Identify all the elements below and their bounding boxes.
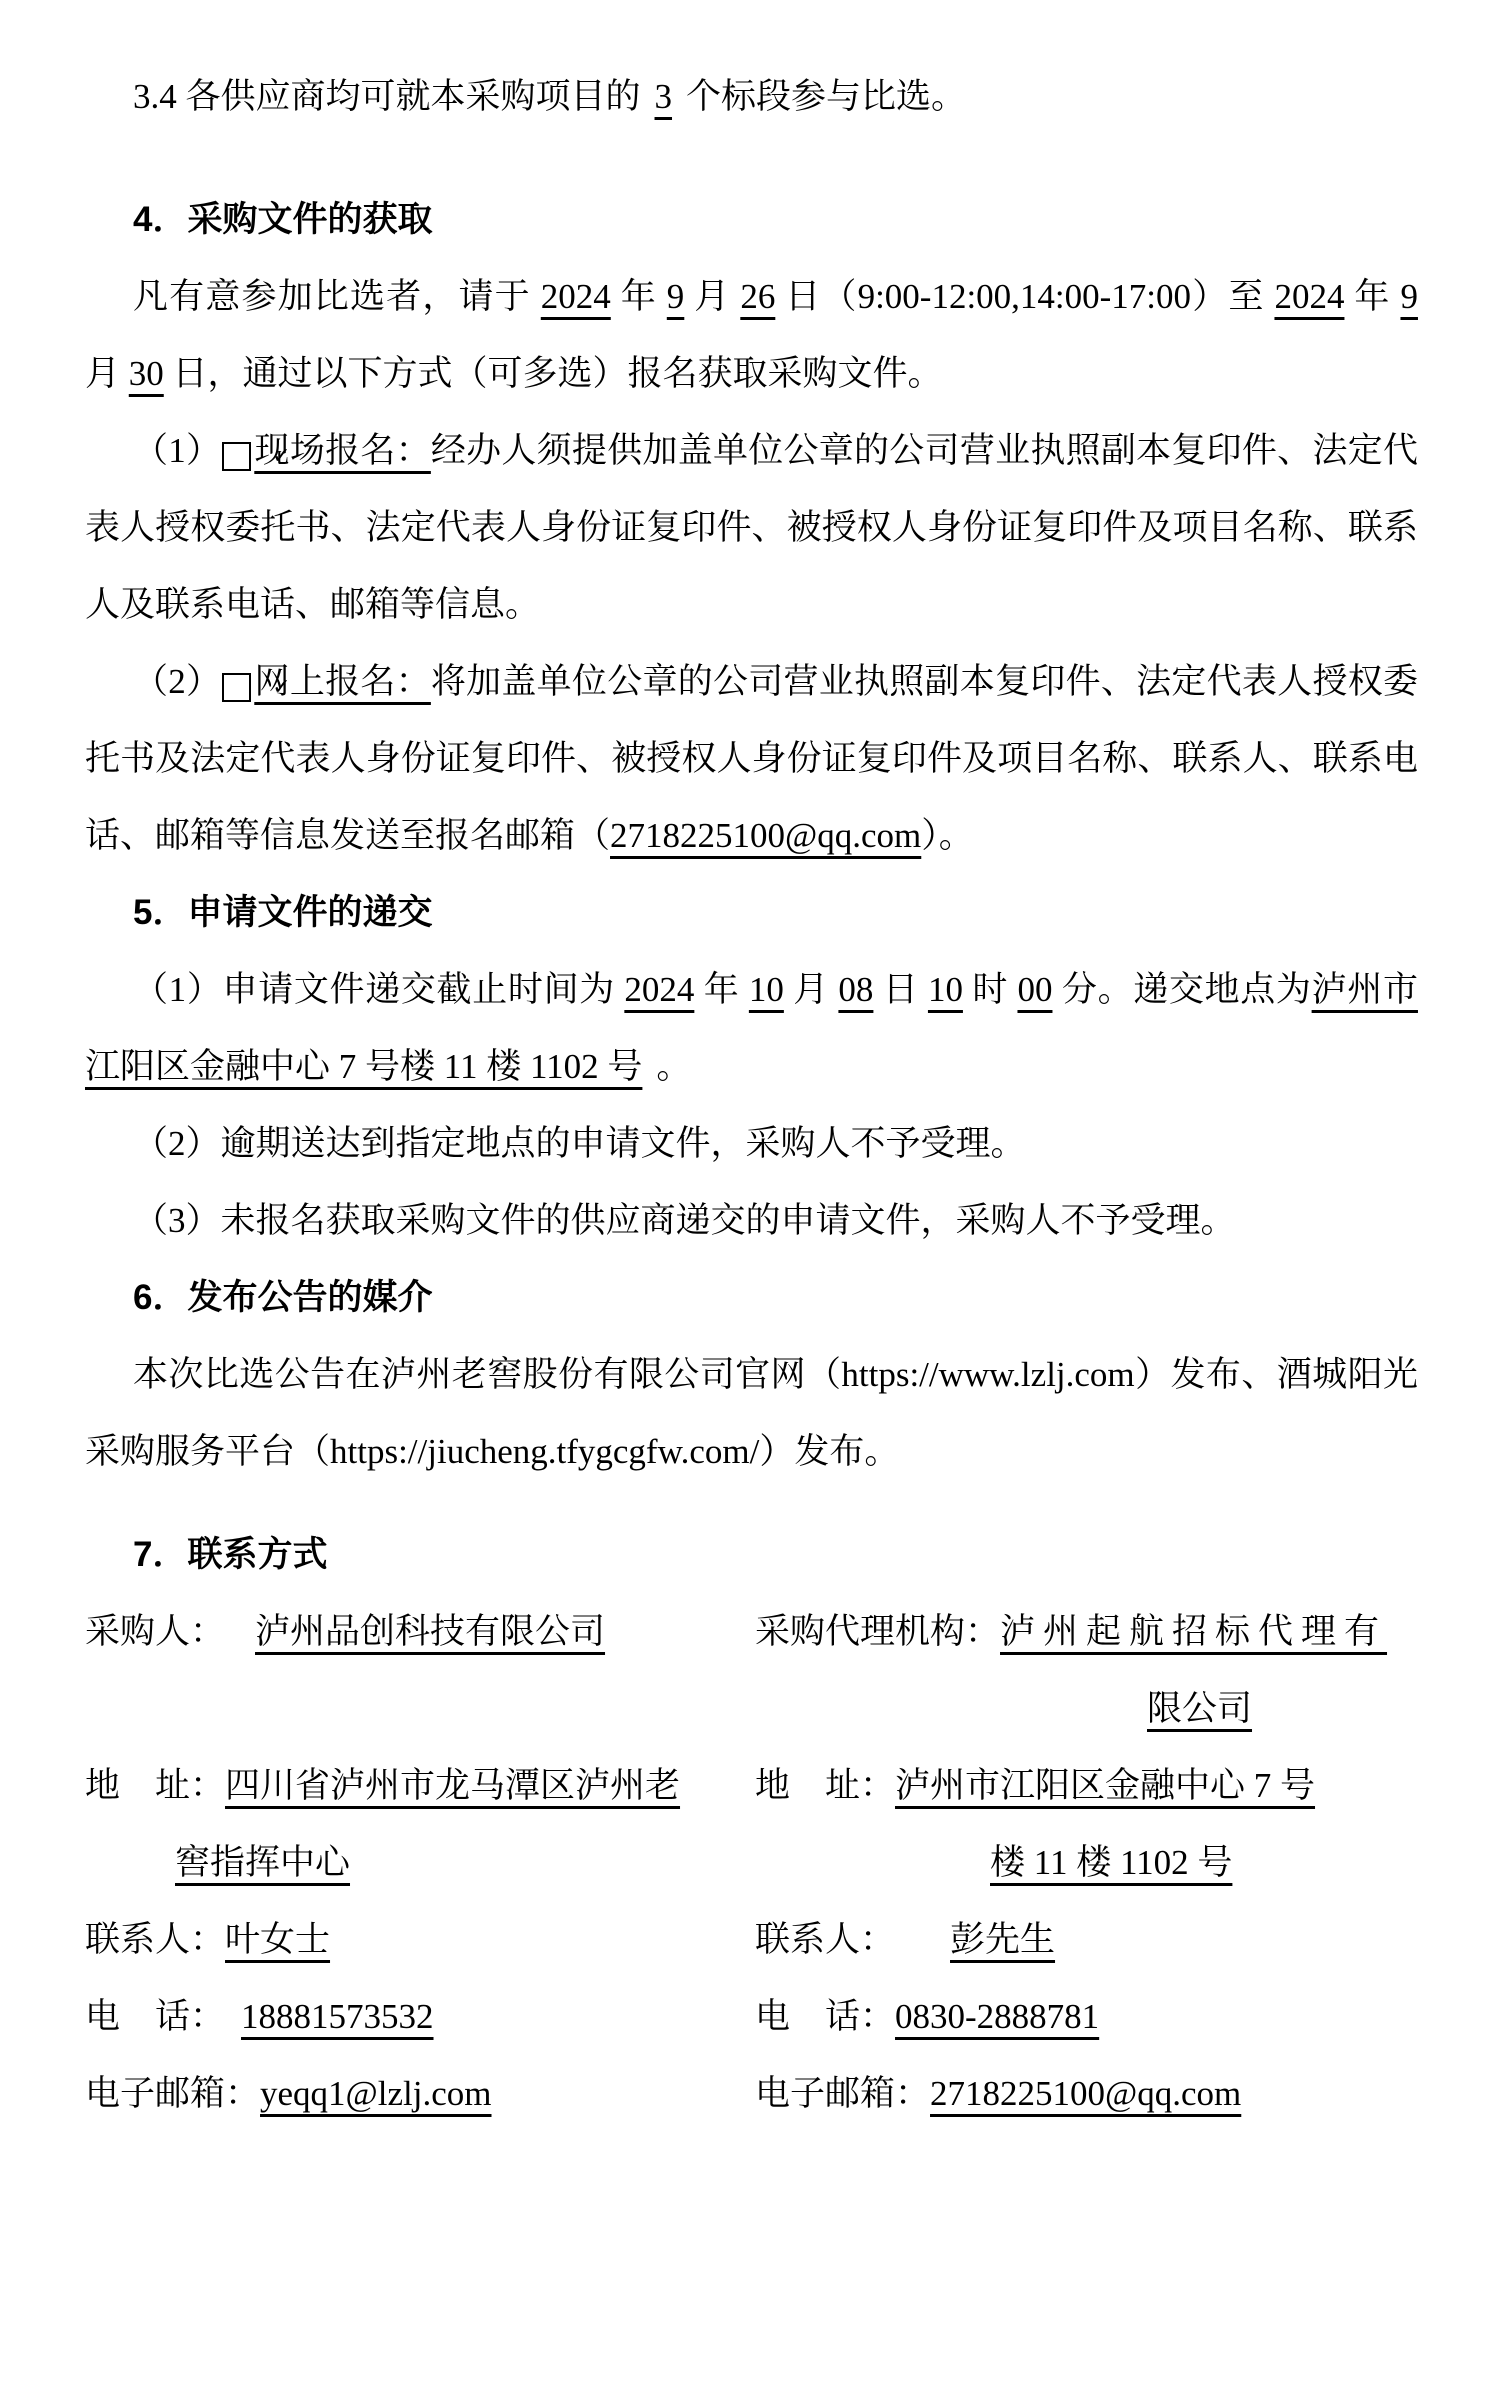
document-page: 3.4 各供应商均可就本采购项目的3个标段参与比选。 4．采购文件的获取 凡有意… — [0, 0, 1500, 2401]
buyer-email-row: 电子邮箱：yeqq1@lzlj.com — [85, 2055, 755, 2132]
agency-phone-underlined: 0830-2888781 — [895, 1997, 1113, 2036]
agency-row: 采购代理机构：泸州起航招标代理有 限公司 — [755, 1593, 1418, 1747]
month-label-2: 月 — [85, 354, 129, 393]
start-month-underlined: 9 — [667, 277, 685, 316]
end-year-underlined: 2024 — [1274, 277, 1344, 316]
agency-address-label: 地 址： — [755, 1766, 895, 1805]
month-label: 月 — [684, 277, 740, 316]
contact-section: 采购人：泸州品创科技有限公司 采购代理机构：泸州起航招标代理有 限公司 地 址：… — [85, 1593, 1418, 2132]
lot-count-underlined: 3 — [641, 77, 687, 116]
online-registration-paragraph: （2）✓网上报名：将加盖单位公章的公司营业执照副本复印件、法定代表人授权委托书及… — [85, 643, 1418, 874]
buyer-phone-row: 电 话：18881573532 — [85, 1978, 755, 2055]
agency-contact-label: 联系人： — [755, 1920, 895, 1959]
agency-address-row: 地 址：泸州市江阳区金融中心 7 号 楼 11 楼 1102 号 — [755, 1747, 1418, 1901]
deadline-day-label: 日 — [873, 970, 928, 1009]
online-method-label: 网上报名： — [254, 662, 431, 701]
onsite-registration-paragraph: （1）✓现场报名：经办人须提供加盖单位公章的公司营业执照副本复印件、法定代表人授… — [85, 412, 1418, 643]
agency-line-2: 限公司 — [755, 1670, 1418, 1747]
section-6-heading: 6．发布公告的媒介 — [133, 1259, 1418, 1336]
buyer-label: 采购人： — [85, 1612, 225, 1651]
end-month-underlined: 9 — [1400, 277, 1418, 316]
item-2-number: （2） — [133, 662, 221, 701]
deadline-hour-label: 时 — [963, 970, 1018, 1009]
deadline-month-underlined: 10 — [749, 970, 784, 1009]
buyer-contact-label: 联系人： — [85, 1920, 225, 1959]
buyer-address-underlined-2: 窖指挥中心 — [175, 1843, 376, 1882]
agency-phone-row: 电 话：0830-2888781 — [755, 1978, 1418, 2055]
agency-label: 采购代理机构： — [755, 1612, 1000, 1651]
agency-address-underlined-2: 楼 11 楼 1102 号 — [990, 1843, 1232, 1882]
time-window-text: 日（9:00-12:00,14:00-17:00）至 — [775, 277, 1274, 316]
onsite-method-label: 现场报名： — [254, 431, 431, 470]
deadline-year-label: 年 — [694, 970, 749, 1009]
deadline-year-underlined: 2024 — [624, 970, 694, 1009]
buyer-address-line-2: 窖指挥中心 — [85, 1824, 755, 1901]
agency-address-underlined-1: 泸州市江阳区金融中心 7 号 — [895, 1766, 1315, 1805]
agency-phone-label: 电 话： — [755, 1997, 895, 2036]
buyer-phone-label: 电 话： — [85, 1997, 225, 2036]
delivery-place-intro: 分。递交地点为 — [1052, 970, 1311, 1009]
buyer-email-underlined: yeqq1@lzlj.com — [260, 2074, 491, 2113]
agency-address-line-2: 楼 11 楼 1102 号 — [755, 1824, 1418, 1901]
online-method-tail: ）。 — [921, 816, 974, 855]
agency-email-row: 电子邮箱：2718225100@qq.com — [755, 2055, 1418, 2132]
section-5-heading: 5．申请文件的递交 — [133, 874, 1418, 951]
buyer-address-row: 地 址：四川省泸州市龙马潭区泸州老 窖指挥中心 — [85, 1747, 755, 1901]
buyer-phone-underlined: 18881573532 — [225, 1997, 450, 2036]
end-day-underlined: 30 — [129, 354, 164, 393]
intro-text: 凡有意参加比选者，请于 — [133, 277, 541, 316]
buyer-name-underlined: 泸州品创科技有限公司 — [225, 1612, 635, 1651]
buyer-address-line-1: 地 址：四川省泸州市龙马潭区泸州老 — [85, 1747, 755, 1824]
year-label: 年 — [611, 277, 667, 316]
buyer-email-label: 电子邮箱： — [85, 2074, 260, 2113]
clause-3-4-post: 个标段参与比选。 — [686, 77, 966, 116]
buyer-contact-row: 联系人：叶女士 — [85, 1901, 755, 1978]
unregistered-supplier-paragraph: （3）未报名获取采购文件的供应商递交的申请文件，采购人不予受理。 — [85, 1182, 1418, 1259]
year-label-2: 年 — [1344, 277, 1400, 316]
onsite-method-underlined: ✓现场报名： — [221, 431, 431, 470]
registration-email-underlined: 2718225100@qq.com — [610, 816, 921, 855]
checked-checkbox-icon: ✓ — [222, 673, 251, 702]
deadline-intro-text: （1）申请文件递交截止时间为 — [133, 970, 624, 1009]
checked-checkbox-icon: ✓ — [222, 442, 251, 471]
deadline-minute-underlined: 00 — [1017, 970, 1052, 1009]
deadline-hour-underlined: 10 — [928, 970, 963, 1009]
agency-contact-underlined: 彭先生 — [895, 1920, 1110, 1959]
registration-period-paragraph: 凡有意参加比选者，请于 2024 年 9 月 26 日（9:00-12:00,1… — [85, 258, 1418, 412]
intro-tail-text: 日，通过以下方式（可多选）报名获取采购文件。 — [164, 354, 943, 393]
announcement-media-paragraph: 本次比选公告在泸州老窖股份有限公司官网（https://www.lzlj.com… — [85, 1336, 1418, 1490]
online-method-underlined: ✓网上报名： — [221, 662, 431, 701]
section-4-heading: 4．采购文件的获取 — [133, 181, 1418, 258]
deadline-month-label: 月 — [784, 970, 839, 1009]
agency-name-underlined-1: 泸州起航招标代理有 — [1000, 1612, 1387, 1651]
buyer-address-label: 地 址： — [85, 1766, 225, 1805]
agency-address-line-1: 地 址：泸州市江阳区金融中心 7 号 — [755, 1747, 1418, 1824]
buyer-contact-underlined: 叶女士 — [225, 1920, 330, 1959]
late-delivery-paragraph: （2）逾期送达到指定地点的申请文件，采购人不予受理。 — [85, 1105, 1418, 1182]
clause-3-4-pre: 3.4 各供应商均可就本采购项目的 — [133, 77, 641, 116]
agency-email-underlined: 2718225100@qq.com — [930, 2074, 1255, 2113]
section-7-heading: 7．联系方式 — [133, 1516, 1418, 1593]
delivery-sentence-end: 。 — [656, 1047, 691, 1086]
deadline-day-underlined: 08 — [838, 970, 873, 1009]
agency-line-1: 采购代理机构：泸州起航招标代理有 — [755, 1593, 1418, 1670]
item-1-number: （1） — [133, 431, 221, 470]
start-year-underlined: 2024 — [541, 277, 611, 316]
buyer-address-underlined-1: 四川省泸州市龙马潭区泸州老 — [225, 1766, 680, 1805]
clause-3-4: 3.4 各供应商均可就本采购项目的3个标段参与比选。 — [85, 58, 1418, 135]
agency-contact-row: 联系人：彭先生 — [755, 1901, 1418, 1978]
submission-deadline-paragraph: （1）申请文件递交截止时间为 2024 年 10 月 08 日 10 时 00 … — [85, 951, 1418, 1105]
buyer-row: 采购人：泸州品创科技有限公司 — [85, 1593, 755, 1747]
agency-email-label: 电子邮箱： — [755, 2074, 930, 2113]
agency-name-underlined-2: 限公司 — [1135, 1689, 1264, 1728]
start-day-underlined: 26 — [740, 277, 775, 316]
